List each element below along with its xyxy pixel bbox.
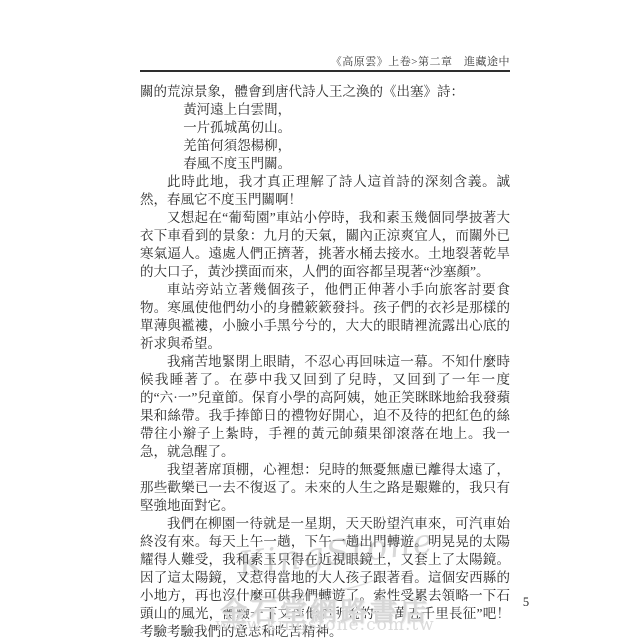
paragraph: 此時此地，我才真正理解了詩人這首詩的深刻含義。誠然，春風它不度玉門關啊！ [140,173,510,209]
poem-block: 黃河遠上白雲間， 一片孤城萬仞山。 羌笛何須怨楊柳， 春風不度玉門關。 [140,101,510,173]
paragraph-intro: 關的荒涼景象，體會到唐代詩人王之渙的《出塞》詩： [140,83,510,101]
running-header: 《高原雲》上卷>第二章 進藏途中 [140,53,510,69]
paragraph: 我望著席頂棚，心裡想：兒時的無憂無慮已離得太遠了，那些歡樂已一去不復返了。未來的… [140,461,510,515]
body-text: 關的荒涼景象，體會到唐代詩人王之渙的《出塞》詩： 黃河遠上白雲間， 一片孤城萬仞… [140,83,510,640]
paragraph: 又想起在“葡萄園”車站小停時，我和素玉幾個同學披著大衣下車看到的景象：九月的天氣… [140,209,510,281]
header-rule [140,70,510,72]
paragraph: 我們在柳園一待就是一星期，天天盼望汽車來，可汽車始終沒有來。每天上午一趟，下午一… [140,515,510,640]
poem-line: 春風不度玉門關。 [140,155,510,173]
book-page: 《高原雲》上卷>第二章 進藏途中 關的荒涼景象，體會到唐代詩人王之渙的《出塞》詩… [0,0,640,640]
paragraph: 車站旁站立著幾個孩子，他們正伸著小手向旅客討要食物。寒風使他們幼小的身體簌簌發抖… [140,281,510,353]
poem-line: 黃河遠上白雲間， [140,101,510,119]
paragraph: 我痛苦地緊閉上眼睛，不忍心再回味這一幕。不知什麼時候我睡著了。在夢中我又回到了兒… [140,353,510,461]
page-number: 5 [518,595,534,610]
poem-line: 羌笛何須怨楊柳， [140,137,510,155]
poem-line: 一片孤城萬仞山。 [140,119,510,137]
